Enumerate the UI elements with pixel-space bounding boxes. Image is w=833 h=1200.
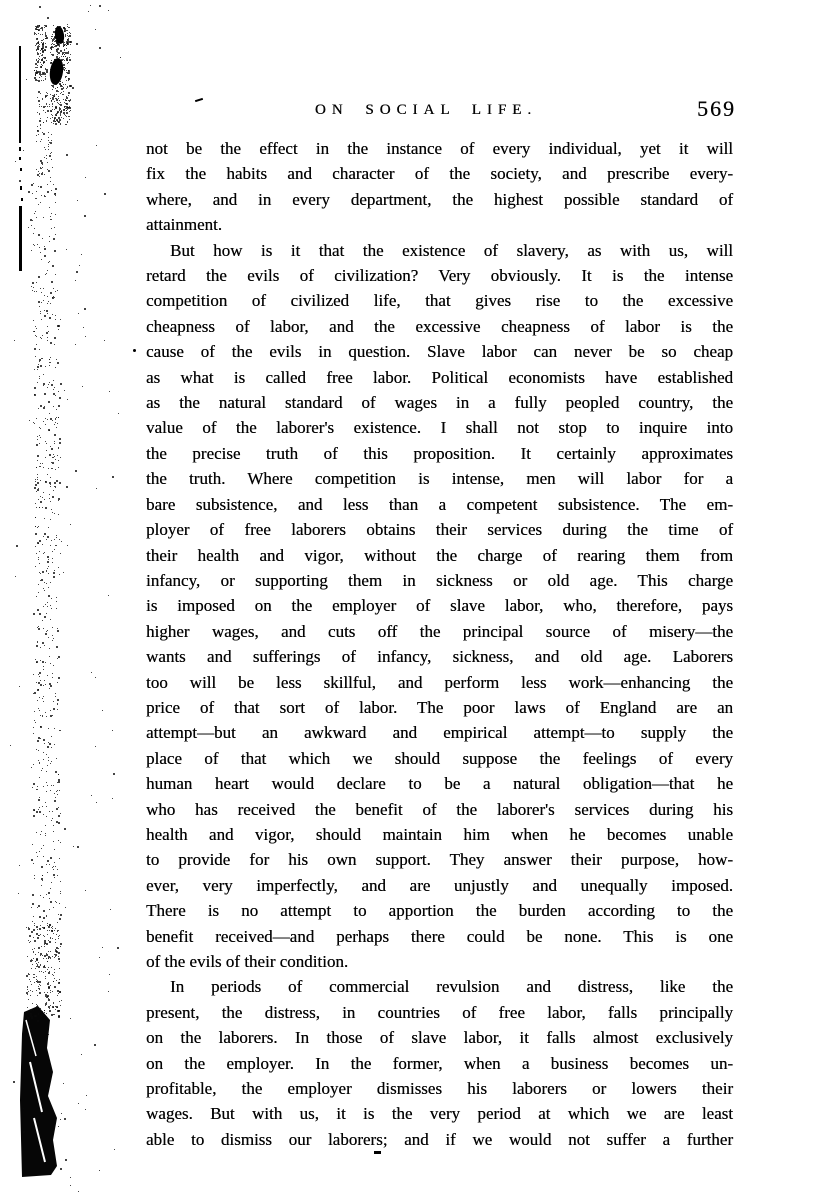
scan-line-artifact: [19, 46, 21, 143]
text-line: higher wages, and cuts off the principal…: [146, 619, 733, 644]
text-line: able to dismiss our laborers; and if we …: [146, 1127, 733, 1152]
scan-line-artifact: [19, 206, 22, 271]
text-line: But how is it that the existence of slav…: [146, 238, 733, 263]
text-line: cause of the evils in question. Slave la…: [146, 339, 733, 364]
text-line: value of the laborer's existence. I shal…: [146, 415, 733, 440]
text-line: on the employer. In the former, when a b…: [146, 1051, 733, 1076]
paragraph: In periods of commercial revulsion and d…: [146, 974, 733, 1152]
scan-dot-artifact: [20, 168, 22, 171]
text-line: who has received the benefit of the labo…: [146, 797, 733, 822]
text-line: place of that which we should suppose th…: [146, 746, 733, 771]
text-line: to provide for his own support. They ans…: [146, 847, 733, 872]
text-line: of the evils of their condition.: [146, 949, 733, 974]
scan-dot-artifact: [20, 186, 22, 190]
text-line: retard the evils of civilization? Very o…: [146, 263, 733, 288]
text-line: the precise truth of this proposition. I…: [146, 441, 733, 466]
text-line: too will be less skillful, and perform l…: [146, 670, 733, 695]
text-line: There is no attempt to apportion the bur…: [146, 898, 733, 923]
text-line: fix the habits and character of the soci…: [146, 161, 733, 186]
scan-dot-artifact: [19, 157, 21, 160]
text-line: ever, very imperfectly, and are unjustly…: [146, 873, 733, 898]
ink-speck: [133, 349, 136, 352]
text-line: cheapness of labor, and the excessive ch…: [146, 314, 733, 339]
text-line: benefit received—and perhaps there could…: [146, 924, 733, 949]
scan-dot-artifact: [19, 147, 21, 151]
text-line: attempt—but an awkward and empirical att…: [146, 720, 733, 745]
text-line: attainment.: [146, 212, 733, 237]
running-title: ON SOCIAL LIFE.: [146, 102, 706, 119]
text-line: health and vigor, should maintain him wh…: [146, 822, 733, 847]
page-number: 569: [697, 96, 736, 122]
ink-blob-top-left: [48, 57, 65, 86]
text-line: as what is called free labor. Political …: [146, 365, 733, 390]
text-line: not be the effect in the instance of eve…: [146, 136, 733, 161]
scan-dot-artifact: [21, 198, 23, 201]
text-line: In periods of commercial revulsion and d…: [146, 974, 733, 999]
book-page: ON SOCIAL LIFE. 569 not be the effect in…: [0, 0, 833, 1200]
text-line: the truth. Where competition is intense,…: [146, 466, 733, 491]
text-line: infancy, or supporting them in sickness …: [146, 568, 733, 593]
paragraph: But how is it that the existence of slav…: [146, 238, 733, 975]
text-line: ployer of free laborers obtains their se…: [146, 517, 733, 542]
text-line: wages. But with us, it is the very perio…: [146, 1101, 733, 1126]
text-line: is imposed on the employer of slave labo…: [146, 593, 733, 618]
text-line: bare subsistence, and less than a compet…: [146, 492, 733, 517]
paragraph: not be the effect in the instance of eve…: [146, 136, 733, 238]
text-line: wants and sufferings of infancy, sicknes…: [146, 644, 733, 669]
text-line: present, the distress, in countries of f…: [146, 1000, 733, 1025]
text-line: competition of civilized life, that give…: [146, 288, 733, 313]
text-line: price of that sort of labor. The poor la…: [146, 695, 733, 720]
ink-blob-bottom-left: [20, 1006, 57, 1177]
text-line: human heart would declare to be a natura…: [146, 771, 733, 796]
text-line: their health and vigor, without the char…: [146, 543, 733, 568]
body-text: not be the effect in the instance of eve…: [146, 136, 733, 1152]
text-line: where, and in every department, the high…: [146, 187, 733, 212]
text-line: on the laborers. In those of slave labor…: [146, 1025, 733, 1050]
text-line: as the natural standard of wages in a fu…: [146, 390, 733, 415]
ink-blob-top-left: [54, 25, 65, 44]
text-line: profitable, the employer dismisses his l…: [146, 1076, 733, 1101]
